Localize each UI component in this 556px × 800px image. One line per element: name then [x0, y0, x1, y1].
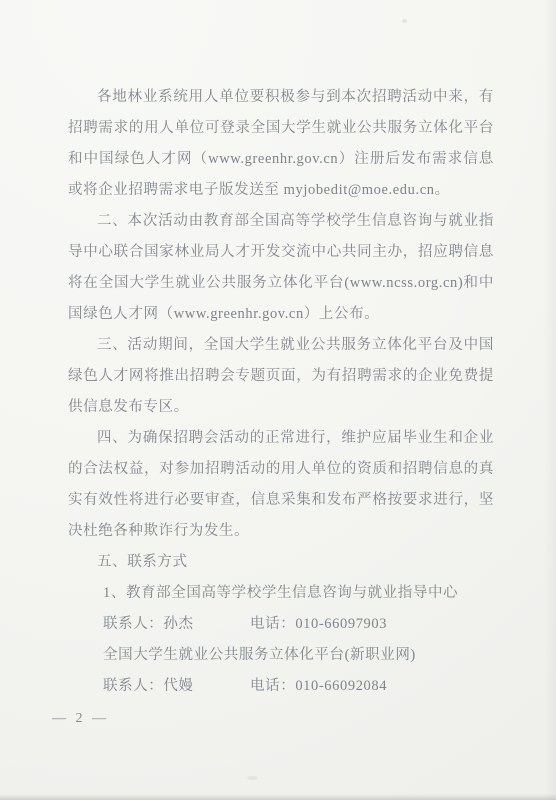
contact-2-person-label: 联系人：: [103, 678, 163, 694]
paragraph-section-4: 四、为确保招聘会活动的正常进行，维护应届毕业生和企业的合法权益，对参加招聘活动的…: [68, 423, 494, 547]
section-5-heading: 五、联系方式: [68, 547, 494, 578]
contact-2-phone-number: 010-66092084: [295, 678, 387, 694]
contact-1-phone-number: 010-66097903: [295, 616, 387, 632]
contact-1-row: 联系人：孙杰电话：010-66097903: [68, 609, 494, 640]
contact-1-person-group: 联系人：孙杰: [103, 609, 250, 640]
scan-speck: [247, 776, 258, 780]
contact-2-person-name: 代嫚: [163, 678, 193, 694]
page-number: — 2 —: [52, 711, 109, 727]
contact-2-person-group: 联系人：代嫚: [103, 671, 250, 702]
contact-2-row: 联系人：代嫚电话：010-66092084: [68, 671, 494, 702]
scanned-document-page: 各地林业系统用人单位要积极参与到本次招聘活动中来，有招聘需求的用人单位可登录全国…: [0, 0, 556, 800]
contact-1-person-label: 联系人：: [103, 616, 163, 632]
paragraph-intro: 各地林业系统用人单位要积极参与到本次招聘活动中来，有招聘需求的用人单位可登录全国…: [68, 82, 494, 206]
contact-1-phone-label: 电话：: [250, 616, 295, 632]
contact-2-organization: 全国大学生就业公共服务立体化平台(新职业网): [68, 640, 494, 671]
paragraph-section-3: 三、活动期间，全国大学生就业公共服务立体化平台及中国绿色人才网将推出招聘会专题页…: [68, 330, 494, 423]
document-body: 各地林业系统用人单位要积极参与到本次招聘活动中来，有招聘需求的用人单位可登录全国…: [68, 82, 494, 702]
contact-2-phone-label: 电话：: [250, 678, 295, 694]
contact-1-person-name: 孙杰: [163, 616, 193, 632]
contact-1-organization: 1、教育部全国高等学校学生信息咨询与就业指导中心: [68, 578, 494, 609]
scan-speck: [402, 19, 407, 23]
paragraph-section-2: 二、本次活动由教育部全国高等学校学生信息咨询与就业指导中心联合国家林业局人才开发…: [68, 206, 494, 330]
